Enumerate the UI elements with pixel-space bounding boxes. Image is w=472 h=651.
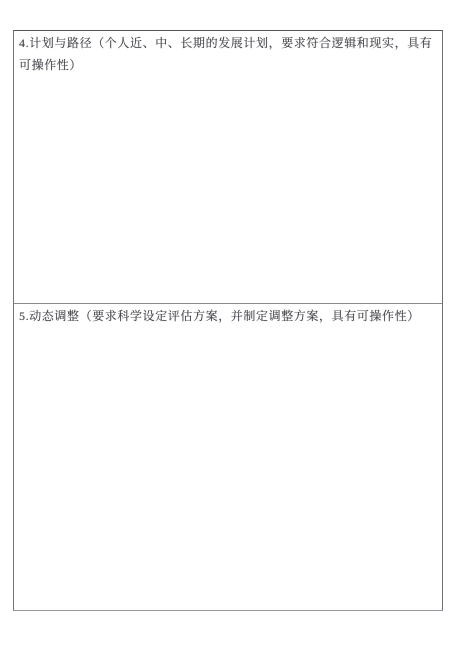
section-4-title-line-1: 4.计划与路径（个人近、中、长期的发展计划，要求符合逻辑和现实，具有 <box>19 32 437 54</box>
section-4-cell: 4.计划与路径（个人近、中、长期的发展计划，要求符合逻辑和现实，具有 可操作性） <box>14 31 442 304</box>
section-4-title: 4.计划与路径（个人近、中、长期的发展计划，要求符合逻辑和现实，具有 可操作性） <box>14 31 442 76</box>
section-5-title-line-1: 5.动态调整（要求科学设定评估方案，并制定调整方案，具有可操作性） <box>19 305 437 327</box>
section-4-title-line-2: 可操作性） <box>19 54 437 76</box>
evaluation-form-table: 4.计划与路径（个人近、中、长期的发展计划，要求符合逻辑和现实，具有 可操作性）… <box>13 30 443 611</box>
scanned-document-page: 4.计划与路径（个人近、中、长期的发展计划，要求符合逻辑和现实，具有 可操作性）… <box>0 0 472 651</box>
section-5-title: 5.动态调整（要求科学设定评估方案，并制定调整方案，具有可操作性） <box>14 304 442 327</box>
section-5-cell: 5.动态调整（要求科学设定评估方案，并制定调整方案，具有可操作性） <box>14 304 442 610</box>
